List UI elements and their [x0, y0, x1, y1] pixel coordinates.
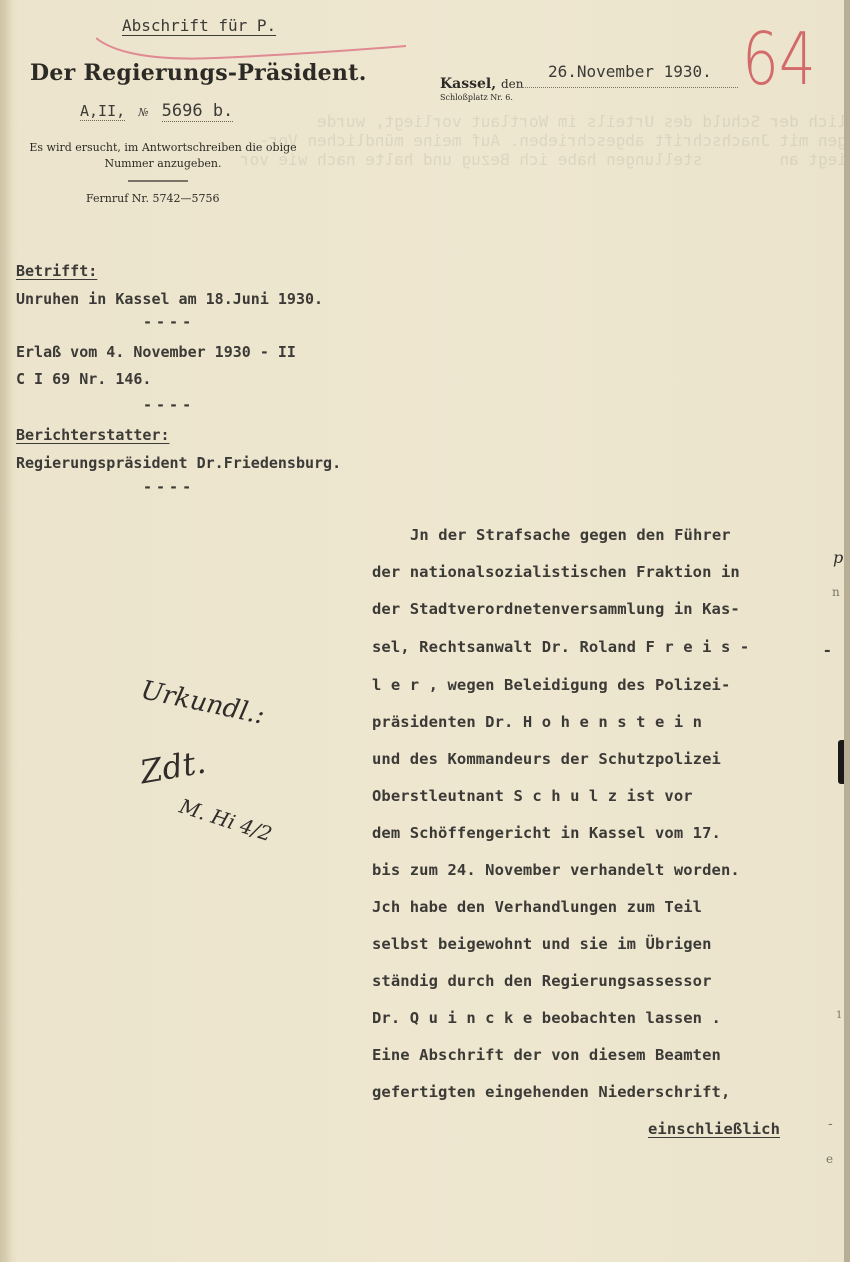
catchword: einschließlich: [648, 1120, 780, 1138]
body-line: gefertigten eingehenden Niederschrift,: [372, 1083, 730, 1101]
handwritten-note: M. Hi 4/2: [177, 794, 275, 846]
city-suffix: den: [501, 77, 524, 91]
subject-label: Betrifft:: [16, 262, 97, 280]
address: Schloßplatz Nr. 6.: [440, 93, 513, 102]
body-line: Eine Abschrift der von diesem Beamten: [372, 1046, 721, 1064]
body-line: Dr. Q u i n c k e beobachten lassen .: [372, 1009, 721, 1027]
body-line: l e r , wegen Beleidigung des Polizei-: [372, 676, 730, 694]
subject: Unruhen in Kassel am 18.Juni 1930.: [16, 290, 323, 308]
separator: ----: [143, 313, 195, 331]
margin-mark: 1: [836, 1010, 842, 1021]
reply-request-line: Es wird ersucht, im Antwortschreiben die…: [28, 140, 298, 156]
reporter-label: Berichterstatter:: [16, 426, 170, 444]
bleed-through-text: einschließlich der Schuld des Urteils im…: [240, 112, 850, 169]
folio-number: 64: [742, 23, 816, 96]
reference-number: A,II, № 5696 b.: [80, 101, 233, 122]
margin-mark: e: [826, 1152, 833, 1166]
body-line: der nationalsozialistischen Fraktion in: [372, 563, 740, 581]
body-line: der Stadtverordnetenversammlung in Kas-: [372, 600, 740, 618]
reply-request-line: Nummer anzugeben.: [28, 156, 298, 172]
margin-mark: -: [824, 640, 831, 659]
margin-mark: p: [833, 548, 843, 567]
page-edge-shadow: [0, 0, 12, 1262]
body-line: Jn der Strafsache gegen den Führer: [410, 526, 731, 544]
separator: ----: [143, 478, 195, 496]
issuing-authority: Der Regierungs-Präsident.: [30, 60, 367, 86]
copy-note: Abschrift für P.: [122, 16, 276, 35]
city-name: Kassel,: [440, 76, 496, 92]
body-line: Jch habe den Verhandlungen zum Teil: [372, 898, 702, 916]
body-line: und des Kommandeurs der Schutzpolizei: [372, 750, 721, 768]
body-line: ständig durch den Regierungsassessor: [372, 972, 712, 990]
reporter: Regierungspräsident Dr.Friedensburg.: [16, 454, 341, 472]
handwritten-note: Urkundl.:: [138, 675, 267, 730]
place: Kassel, den: [440, 76, 524, 92]
margin-mark: -: [828, 1116, 833, 1132]
phone-number: Fernruf Nr. 5742—5756: [86, 192, 219, 205]
body-line: bis zum 24. November verhandelt worden.: [372, 861, 740, 879]
handwritten-note: Zdt.: [137, 743, 208, 792]
page-edge: [844, 0, 850, 1262]
body-line: sel, Rechtsanwalt Dr. Roland F r e i s -: [372, 638, 749, 656]
decree-line: Erlaß vom 4. November 1930 - II: [16, 343, 296, 361]
decree-line: C I 69 Nr. 146.: [16, 370, 151, 388]
body-line: präsidenten Dr. H o h e n s t e i n: [372, 713, 702, 731]
number-sign: №: [138, 106, 148, 119]
body-line: Oberstleutnant S c h u l z ist vor: [372, 787, 693, 805]
margin-mark: n: [832, 585, 840, 599]
body-line: dem Schöffengericht in Kassel vom 17.: [372, 824, 721, 842]
document-page: einschließlich der Schuld des Urteils im…: [0, 0, 850, 1262]
body-line: selbst beigewohnt und sie im Übrigen: [372, 935, 712, 953]
separator: ----: [143, 396, 195, 414]
ref-prefix: A,II,: [80, 102, 125, 121]
reply-request: Es wird ersucht, im Antwortschreiben die…: [28, 140, 298, 172]
document-date: 26.November 1930.: [548, 62, 712, 81]
date-dotted-line: [518, 87, 738, 88]
ref-number: 5696 b.: [162, 101, 234, 122]
divider: [128, 180, 188, 182]
